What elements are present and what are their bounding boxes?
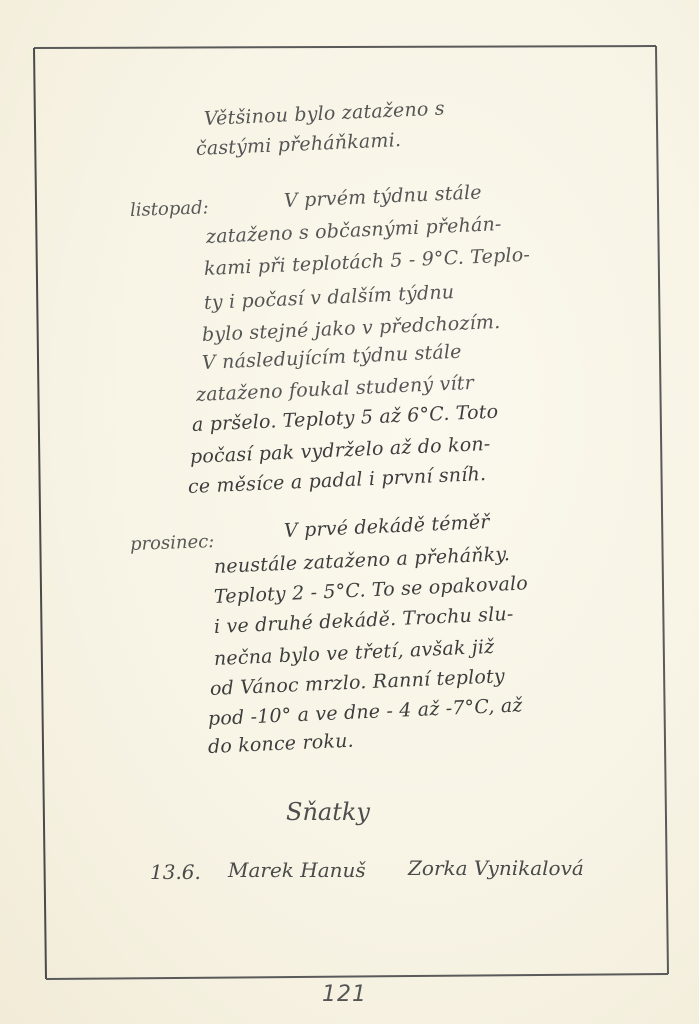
marriage-date: 13.6. xyxy=(150,860,201,884)
month-label: listopad: xyxy=(130,197,209,221)
marriages-heading: Sňatky xyxy=(286,798,370,826)
bride-name: Zorka Vynikalová xyxy=(408,856,584,880)
month-label: prosinec: xyxy=(130,531,215,555)
page-number: 121 xyxy=(322,982,367,1007)
groom-name: Marek Hanuš xyxy=(228,858,366,882)
